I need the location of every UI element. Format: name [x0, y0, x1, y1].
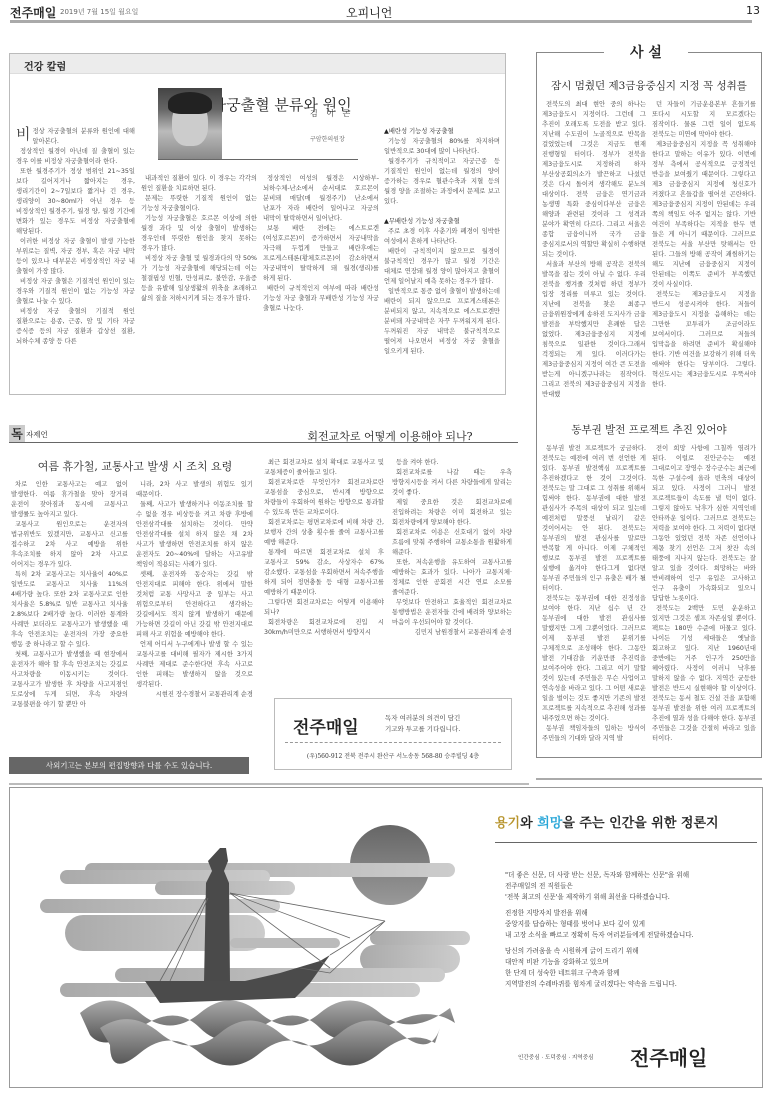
subheading: ▲배란성 기능성 자궁출혈	[384, 127, 500, 137]
dropcap: 비	[16, 127, 31, 141]
editorial-article1-title: 잠시 멈췄던 제3금융중심지 지정 꼭 성취를	[536, 78, 762, 93]
health-column-header: 건강 칼럼	[10, 54, 505, 74]
health-col-2: 내과적인 질환이 있다. 이 경우는 각각의 원인 질환을 치료하면 된다. 문…	[141, 174, 257, 304]
editorial-article1-col2: 던 자들이 기금운용본부 흔들기를 또다시 시도할 지 모르겠다는 짐작이다. …	[652, 100, 756, 390]
ad-paragraph-3: 당신의 가려움을 속 시원하게 긁어 드리기 위해 대안적 비판 기능을 강화하…	[505, 946, 765, 990]
contribution-divider	[285, 742, 501, 743]
ad-paragraph-1: "더 좋은 신문, 더 사랑 받는 신문, 독자와 함께하는 신문"을 위해 전…	[505, 870, 765, 903]
dokja-header-first: 독	[9, 425, 25, 442]
masthead-logo: 전주매일	[10, 4, 56, 21]
contribution-address: (우)560-912 전북 전주시 완산구 서노송동 568-80 승주빌딩 4…	[275, 751, 511, 760]
health-col-1: 비정상 자궁출혈의 분류와 원인에 대해 알아본다. 정상적인 월경이 아닌데 …	[16, 127, 135, 347]
author-hair	[168, 92, 212, 114]
ad-title: 용기와 희망을 주는 인간을 위한 정론지	[495, 812, 719, 831]
author-name: 김 이 곤	[310, 108, 353, 119]
section-bottom-rule	[9, 783, 529, 785]
ad-body: "더 좋은 신문, 더 사랑 받는 신문, 독자와 함께하는 신문"을 위해 전…	[505, 870, 765, 995]
dokja-article1-title: 여름 휴가철, 교통사고 발생 시 조치 요령	[9, 458, 261, 474]
dokja-article2-col1: 최근 회전교차로 설치 확대로 교통사고 및 교통체증이 줄어들고 있다. 회전…	[264, 458, 384, 638]
masthead: 전주매일 2019년 7월 15일 월요일 오피니언 13	[10, 4, 762, 20]
contribution-logo: 전주매일	[293, 713, 359, 738]
editorial-article2-col2: 전이 희망 사항에 그칠까 염려가 된다. 이럴로 진안군수는 예전 그대로이고…	[652, 444, 756, 744]
ad-paragraph-2: 진정한 지방자치 발전을 위해 중앙지를 답습하는 형태를 벗어나 보다 깊이 …	[505, 908, 765, 941]
ad-title-rule	[495, 842, 757, 843]
editorial-rule-left	[536, 52, 604, 53]
author-photo	[158, 88, 222, 160]
masthead-date: 2019년 7월 15일 월요일	[60, 7, 138, 17]
author-divider	[158, 159, 358, 160]
author-title: 구암한의원장	[310, 134, 345, 143]
subheading: ▲무배란성 기능성 자궁출혈	[384, 217, 500, 227]
ad-footer-logo: 전주매일	[630, 1042, 707, 1071]
editorial-rule-right	[688, 52, 762, 53]
editorial-article2-title: 동부권 발전 프로젝트 추진 있어야	[536, 422, 762, 437]
disclaimer-banner: 사외기고는 본보의 편집방향과 다를 수도 있습니다.	[9, 757, 249, 774]
editorial-label: 사 설	[604, 42, 688, 62]
page-number: 13	[746, 4, 760, 17]
byline: 시현진 장수경찰서 교통관리계 순경	[136, 690, 253, 700]
masthead-divider	[10, 20, 752, 23]
masthead-section: 오피니언	[346, 4, 392, 21]
byline: 김민지 남원경찰서 교통관리계 순경	[392, 628, 512, 638]
contribution-message: 독자 여러분의 의견이 담긴 기고와 투고를 기다립니다.	[385, 713, 460, 735]
editorial-article2-col1: 동부권 발전 프로젝트가 궁금하다. 전북도는 예전에 여러 번 선언한 게 있…	[542, 444, 646, 744]
health-column-label: 건강 칼럼	[24, 58, 66, 73]
dokja-header: 독 자제언	[9, 425, 261, 443]
health-column: 건강 칼럼 비정상 자궁출혈 분류와 원인 비정상 자궁출혈의 분류와 원인에 …	[9, 53, 506, 395]
dokja-article2-col2: 등을 켜야 한다. 회전교차로를 나갈 때는 우측 방향지시등을 켜서 다른 차…	[392, 458, 512, 638]
dokja-article1-col2: 니라, 2차 사고 발생의 위험도 있기 때문이다. 둘째, 사고가 발생하거나…	[136, 480, 253, 700]
dokja-article1-col1: 차로 인한 교통사고는 예고 없이 발생한다. 여름 휴가철을 맞아 장거리 운…	[11, 480, 128, 710]
health-col-3: 정상적인 여성의 월경은 시상하부-뇌하수체-난소에서 순서대로 호르몬이 분비…	[263, 174, 379, 314]
dokja-header-rest: 자제언	[26, 429, 48, 440]
dokja-article2-title: 회전교차로 어떻게 이용해야 되나?	[262, 428, 518, 444]
contribution-box: 전주매일 독자 여러분의 의견이 담긴 기고와 투고를 기다립니다. (우)56…	[274, 698, 512, 770]
editorial-article1-col1: 전북도의 최대 현안 중의 하나는 제3금융도시 지정이다. 그런데 그 추진이…	[542, 100, 646, 400]
health-article-title: 비정상 자궁출혈 분류와 원인	[10, 94, 505, 115]
ad-footer-slogan: 인간중심 · 도덕중심 · 지역중심	[518, 1053, 594, 1061]
health-col-4: ▲배란성 기능성 자궁출혈 기능성 자궁출혈의 80%를 차지하며 일반적으로 …	[384, 127, 500, 357]
ship-illustration-icon	[30, 813, 470, 1083]
editorial-bottom-rule	[536, 778, 762, 780]
